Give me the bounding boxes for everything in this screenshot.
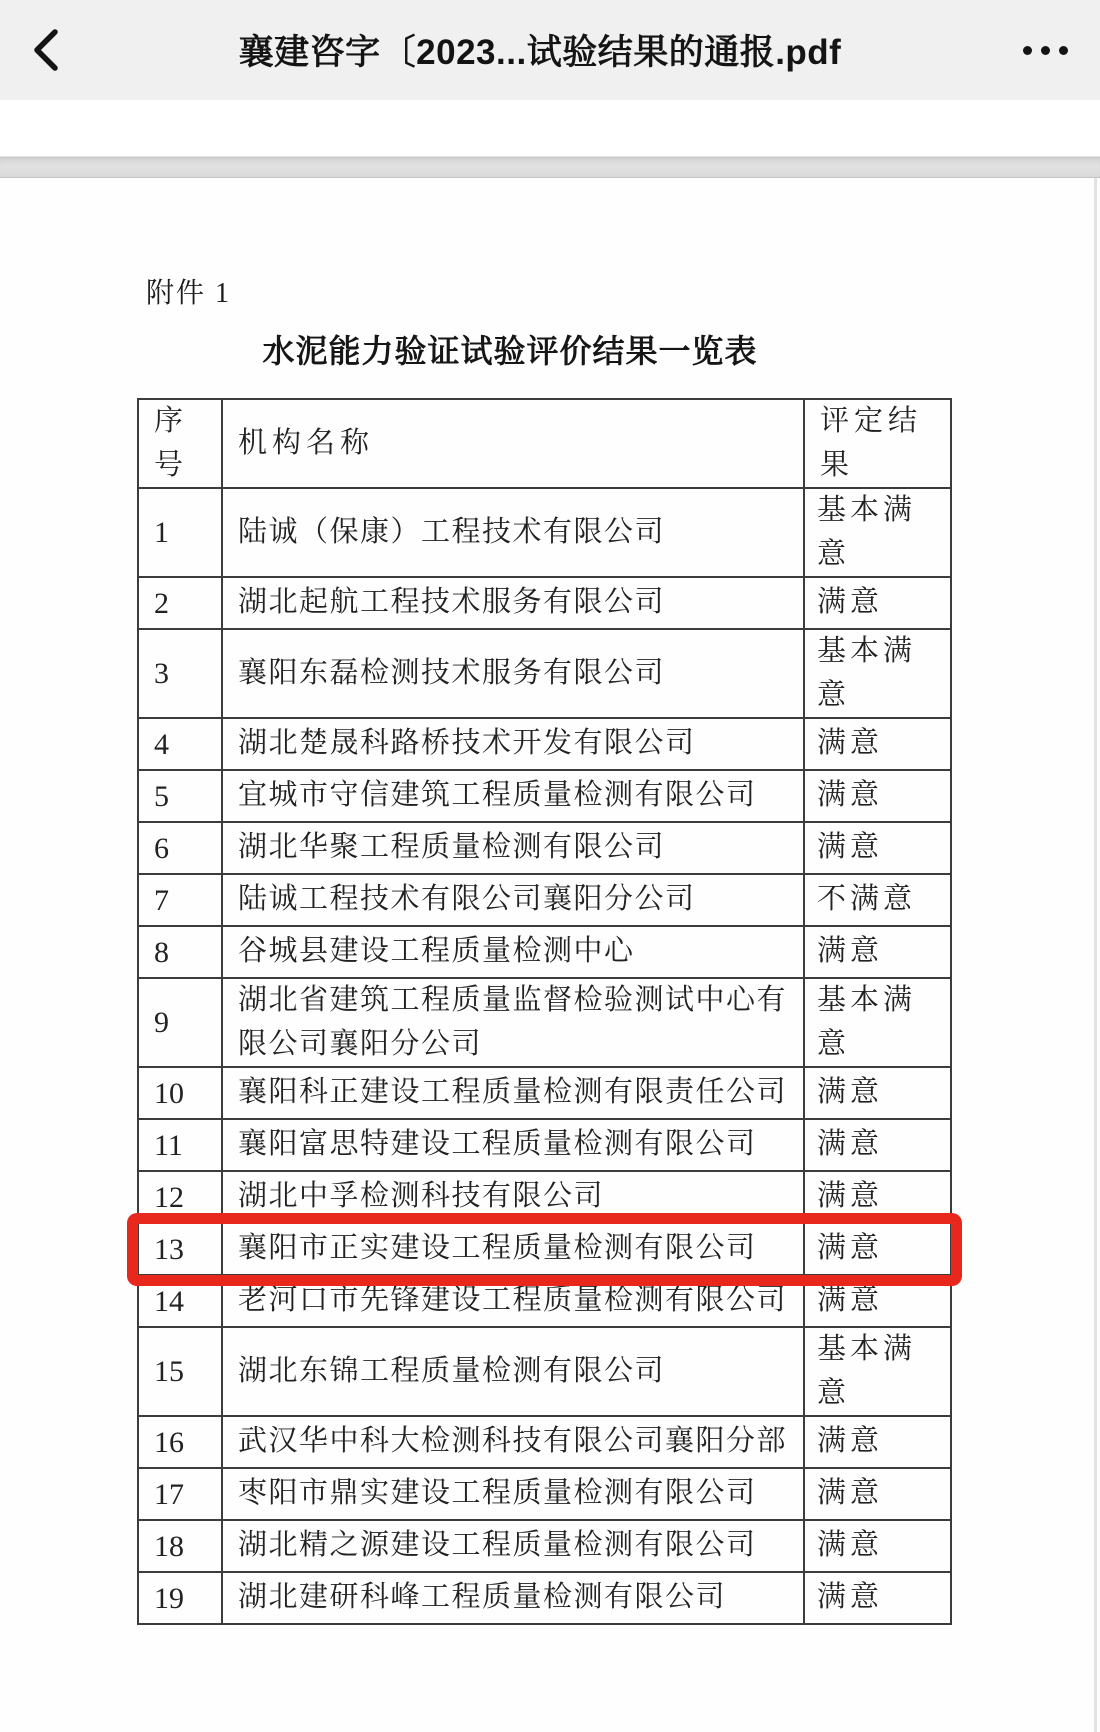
chevron-left-icon bbox=[31, 28, 59, 72]
table-row: 12 湖北中孚检测科技有限公司 满意 bbox=[138, 1171, 951, 1223]
row-number: 16 bbox=[138, 1416, 222, 1468]
row-result: 满意 bbox=[804, 770, 951, 822]
results-table: 序号 机构名称 评定结果 1 陆诚（保康）工程技术有限公司 基本满意 2 湖北起… bbox=[137, 398, 952, 1625]
row-result: 满意 bbox=[804, 822, 951, 874]
row-result: 满意 bbox=[804, 577, 951, 629]
row-result: 基本满意 bbox=[804, 629, 951, 718]
row-result: 满意 bbox=[804, 1572, 951, 1624]
org-name: 湖北华聚工程质量检测有限公司 bbox=[222, 822, 804, 874]
row-number: 6 bbox=[138, 822, 222, 874]
table-row: 3 襄阳东磊检测技术服务有限公司 基本满意 bbox=[138, 629, 951, 718]
org-name: 宜城市守信建筑工程质量检测有限公司 bbox=[222, 770, 804, 822]
row-number: 9 bbox=[138, 978, 222, 1067]
row-result: 满意 bbox=[804, 1171, 951, 1223]
column-header-no: 序号 bbox=[138, 399, 222, 488]
row-number: 2 bbox=[138, 577, 222, 629]
table-row: 19 湖北建研科峰工程质量检测有限公司 满意 bbox=[138, 1572, 951, 1624]
row-number: 4 bbox=[138, 718, 222, 770]
table-header-row: 序号 机构名称 评定结果 bbox=[138, 399, 951, 488]
row-number: 18 bbox=[138, 1520, 222, 1572]
table-row: 18 湖北精之源建设工程质量检测有限公司 满意 bbox=[138, 1520, 951, 1572]
org-name: 武汉华中科大检测科技有限公司襄阳分部 bbox=[222, 1416, 804, 1468]
row-result: 满意 bbox=[804, 1119, 951, 1171]
org-name: 襄阳富思特建设工程质量检测有限公司 bbox=[222, 1119, 804, 1171]
org-name: 湖北中孚检测科技有限公司 bbox=[222, 1171, 804, 1223]
row-result: 满意 bbox=[804, 1223, 951, 1275]
row-number: 14 bbox=[138, 1275, 222, 1327]
row-number: 7 bbox=[138, 874, 222, 926]
row-number: 1 bbox=[138, 488, 222, 577]
row-number: 3 bbox=[138, 629, 222, 718]
row-number: 17 bbox=[138, 1468, 222, 1520]
document-title: 襄建咨字〔2023...试验结果的通报.pdf bbox=[90, 25, 990, 75]
table-row: 13 襄阳市正实建设工程质量检测有限公司 满意 bbox=[138, 1223, 951, 1275]
pdf-page[interactable]: 附件 1 水泥能力验证试验评价结果一览表 序号 机构名称 评定结果 1 陆诚（保… bbox=[0, 178, 1100, 1732]
org-name: 湖北精之源建设工程质量检测有限公司 bbox=[222, 1520, 804, 1572]
row-number: 13 bbox=[138, 1223, 222, 1275]
more-menu-button[interactable] bbox=[990, 0, 1100, 100]
table-row: 1 陆诚（保康）工程技术有限公司 基本满意 bbox=[138, 488, 951, 577]
table-row: 9 湖北省建筑工程质量监督检验测试中心有限公司襄阳分公司 基本满意 bbox=[138, 978, 951, 1067]
table-row: 6 湖北华聚工程质量检测有限公司 满意 bbox=[138, 822, 951, 874]
row-result: 满意 bbox=[804, 926, 951, 978]
nav-bar: 襄建咨字〔2023...试验结果的通报.pdf bbox=[0, 0, 1100, 100]
org-name: 陆诚工程技术有限公司襄阳分公司 bbox=[222, 874, 804, 926]
org-name: 枣阳市鼎实建设工程质量检测有限公司 bbox=[222, 1468, 804, 1520]
table-row: 7 陆诚工程技术有限公司襄阳分公司 不满意 bbox=[138, 874, 951, 926]
page-separator bbox=[0, 156, 1100, 178]
row-number: 19 bbox=[138, 1572, 222, 1624]
row-result: 基本满意 bbox=[804, 978, 951, 1067]
org-name: 襄阳市正实建设工程质量检测有限公司 bbox=[222, 1223, 804, 1275]
org-name: 谷城县建设工程质量检测中心 bbox=[222, 926, 804, 978]
table-row: 17 枣阳市鼎实建设工程质量检测有限公司 满意 bbox=[138, 1468, 951, 1520]
previous-page-strip bbox=[0, 100, 1100, 156]
table-row: 11 襄阳富思特建设工程质量检测有限公司 满意 bbox=[138, 1119, 951, 1171]
row-number: 12 bbox=[138, 1171, 222, 1223]
table-row: 15 湖北东锦工程质量检测有限公司 基本满意 bbox=[138, 1327, 951, 1416]
column-header-name: 机构名称 bbox=[222, 399, 804, 488]
row-result: 不满意 bbox=[804, 874, 951, 926]
row-number: 10 bbox=[138, 1067, 222, 1119]
pdf-viewer-screen: 襄建咨字〔2023...试验结果的通报.pdf 附件 1 水泥能力验证试验评价结… bbox=[0, 0, 1100, 1732]
table-row: 8 谷城县建设工程质量检测中心 满意 bbox=[138, 926, 951, 978]
table-title: 水泥能力验证试验评价结果一览表 bbox=[100, 326, 920, 372]
row-number: 11 bbox=[138, 1119, 222, 1171]
row-result: 满意 bbox=[804, 1468, 951, 1520]
org-name: 襄阳东磊检测技术服务有限公司 bbox=[222, 629, 804, 718]
org-name: 湖北楚晟科路桥技术开发有限公司 bbox=[222, 718, 804, 770]
org-name: 湖北起航工程技术服务有限公司 bbox=[222, 577, 804, 629]
org-name: 陆诚（保康）工程技术有限公司 bbox=[222, 488, 804, 577]
table-body: 1 陆诚（保康）工程技术有限公司 基本满意 2 湖北起航工程技术服务有限公司 满… bbox=[138, 488, 951, 1624]
row-result: 满意 bbox=[804, 718, 951, 770]
attachment-label: 附件 1 bbox=[146, 271, 231, 311]
row-result: 满意 bbox=[804, 1520, 951, 1572]
table-row: 5 宜城市守信建筑工程质量检测有限公司 满意 bbox=[138, 770, 951, 822]
scrollbar-track[interactable] bbox=[1094, 178, 1097, 1732]
org-name: 湖北东锦工程质量检测有限公司 bbox=[222, 1327, 804, 1416]
table-row: 2 湖北起航工程技术服务有限公司 满意 bbox=[138, 577, 951, 629]
table-row: 16 武汉华中科大检测科技有限公司襄阳分部 满意 bbox=[138, 1416, 951, 1468]
row-number: 15 bbox=[138, 1327, 222, 1416]
table-row: 4 湖北楚晟科路桥技术开发有限公司 满意 bbox=[138, 718, 951, 770]
org-name: 襄阳科正建设工程质量检测有限责任公司 bbox=[222, 1067, 804, 1119]
row-result: 满意 bbox=[804, 1416, 951, 1468]
org-name: 湖北建研科峰工程质量检测有限公司 bbox=[222, 1572, 804, 1624]
row-result: 基本满意 bbox=[804, 1327, 951, 1416]
row-result: 基本满意 bbox=[804, 488, 951, 577]
org-name: 湖北省建筑工程质量监督检验测试中心有限公司襄阳分公司 bbox=[222, 978, 804, 1067]
row-result: 满意 bbox=[804, 1275, 951, 1327]
row-number: 8 bbox=[138, 926, 222, 978]
ellipsis-icon bbox=[1023, 46, 1032, 55]
column-header-result: 评定结果 bbox=[804, 399, 951, 488]
back-button[interactable] bbox=[0, 0, 90, 100]
row-number: 5 bbox=[138, 770, 222, 822]
table-row: 10 襄阳科正建设工程质量检测有限责任公司 满意 bbox=[138, 1067, 951, 1119]
org-name: 老河口市先锋建设工程质量检测有限公司 bbox=[222, 1275, 804, 1327]
row-result: 满意 bbox=[804, 1067, 951, 1119]
table-row: 14 老河口市先锋建设工程质量检测有限公司 满意 bbox=[138, 1275, 951, 1327]
